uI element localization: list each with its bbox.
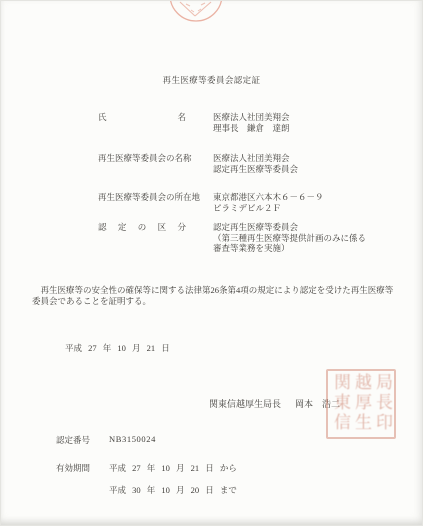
cert-number-value: NB3150024	[109, 434, 156, 444]
circular-receipt-stamp-icon	[165, 1, 225, 27]
certificate-title: 再生医療等委員会認定証	[1, 74, 422, 86]
issue-date: 平成 27 年 10 月 21 日	[65, 342, 170, 354]
field-value: 認定再生医療等委員会 （第三種再生医療等提供計画のみに係る 審査等業務を実施）	[213, 222, 423, 254]
signature-line: 関東信越厚生局長岡本 浩二	[209, 397, 340, 410]
cert-number-label: 認定番号	[56, 434, 90, 446]
field-value: 医療法人社団美翔会 認定再生医療等委員会	[213, 153, 423, 174]
field-label: 再生医療等委員会の名称	[98, 153, 198, 164]
field-value: 医療法人社団美翔会 理事長 鎌倉 達朗	[213, 112, 423, 133]
field-value: 東京都港区六本木６－６－９ ピラミデビル２Ｆ	[213, 192, 423, 213]
certificate-scan: 再生医療等委員会認定証 氏 名 医療法人社団美翔会 理事長 鎌倉 達朗 再生医療…	[0, 0, 423, 526]
official-square-seal-icon: 関東信越厚生局長印	[326, 369, 396, 439]
field-label: 認 定 の 区 分	[98, 222, 186, 233]
validity-label: 有効期間	[56, 462, 90, 474]
certification-statement: 再生医療等の安全性の確保等に関する法律第26条第4項の規定により認定を受けた再生…	[32, 285, 393, 306]
signer-title: 関東信越厚生局長	[209, 399, 281, 409]
validity-to: 平成 30 年 10 月 20 日 まで	[109, 484, 237, 496]
field-label: 氏 名	[98, 112, 186, 123]
field-label: 再生医療等委員会の所在地	[98, 192, 198, 203]
seal-text: 関東信越厚生局長印	[330, 373, 392, 435]
validity-from: 平成 27 年 10 月 21 日 から	[109, 462, 237, 474]
